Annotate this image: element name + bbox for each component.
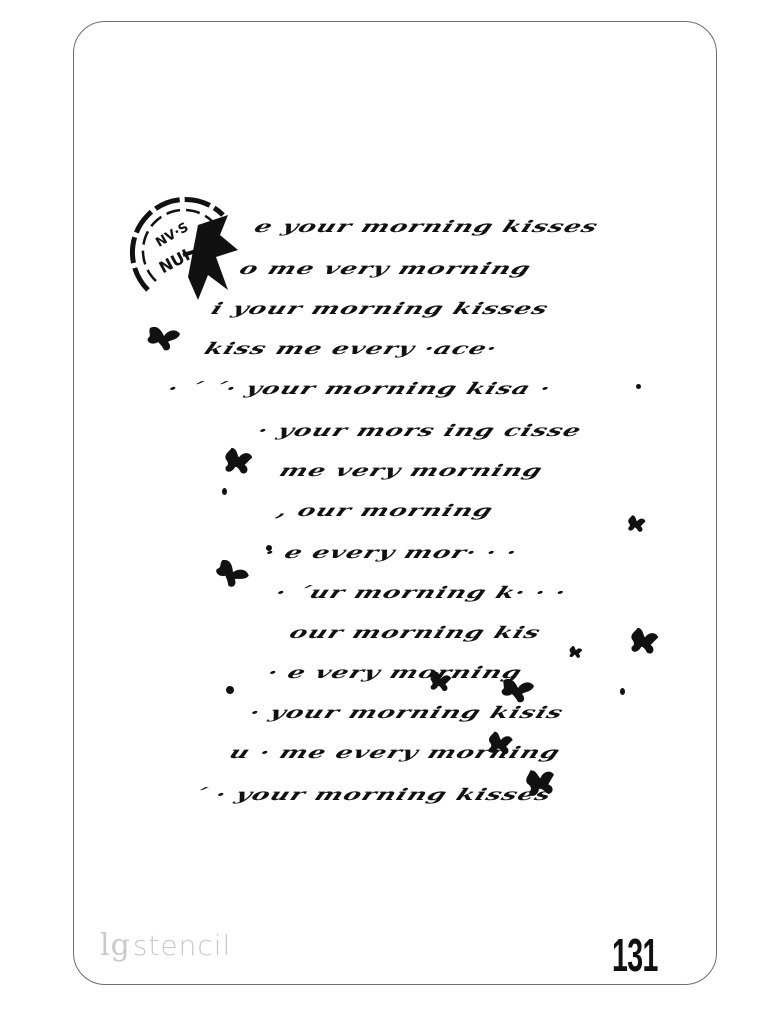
script-line: · e very morning: [264, 664, 525, 683]
butterfly-icon: [628, 626, 662, 660]
script-line: · ´ur morning k· · ·: [272, 584, 569, 603]
script-line: kiss me every ·ace·: [201, 340, 500, 359]
brand-logo: lgstencil: [100, 928, 231, 963]
butterfly-icon: [500, 676, 536, 706]
ink-dot: [222, 488, 227, 495]
brand-word: stencil: [133, 929, 232, 962]
script-line: , our morning: [274, 502, 496, 521]
butterfly-icon: [222, 446, 256, 480]
script-line: · e every mor· · ·: [261, 544, 520, 563]
stamp-text: NV·S: [153, 220, 191, 251]
butterfly-icon: [522, 766, 562, 802]
script-line: our morning kis: [286, 624, 544, 643]
script-line: · your mors ing cisse: [254, 422, 584, 441]
butterfly-icon: [626, 514, 648, 536]
script-line: ´ · your morning kisses: [188, 786, 555, 805]
script-line: i your morning kisses: [208, 300, 551, 319]
script-line: · your morning kisis: [246, 704, 566, 723]
butterfly-icon: [486, 730, 516, 760]
brand-monogram: lg: [100, 928, 131, 963]
script-line: · ´ ´· your morning kisa ·: [164, 380, 554, 399]
script-line: e your morning kisses: [251, 218, 601, 237]
butterfly-icon: [568, 644, 584, 662]
ink-dot: [620, 688, 625, 695]
ink-dot: [266, 545, 272, 551]
stencil-number: 131: [612, 928, 658, 982]
script-line: o me very morning: [236, 260, 534, 279]
butterfly-icon: [428, 670, 454, 696]
ink-dot: [226, 686, 234, 694]
ink-dot: [636, 384, 641, 389]
postmark-stamp-icon: NV·S NUI: [128, 195, 248, 310]
butterfly-icon: [214, 560, 250, 590]
script-line: me very morning: [276, 462, 546, 481]
butterfly-icon: [146, 324, 182, 354]
